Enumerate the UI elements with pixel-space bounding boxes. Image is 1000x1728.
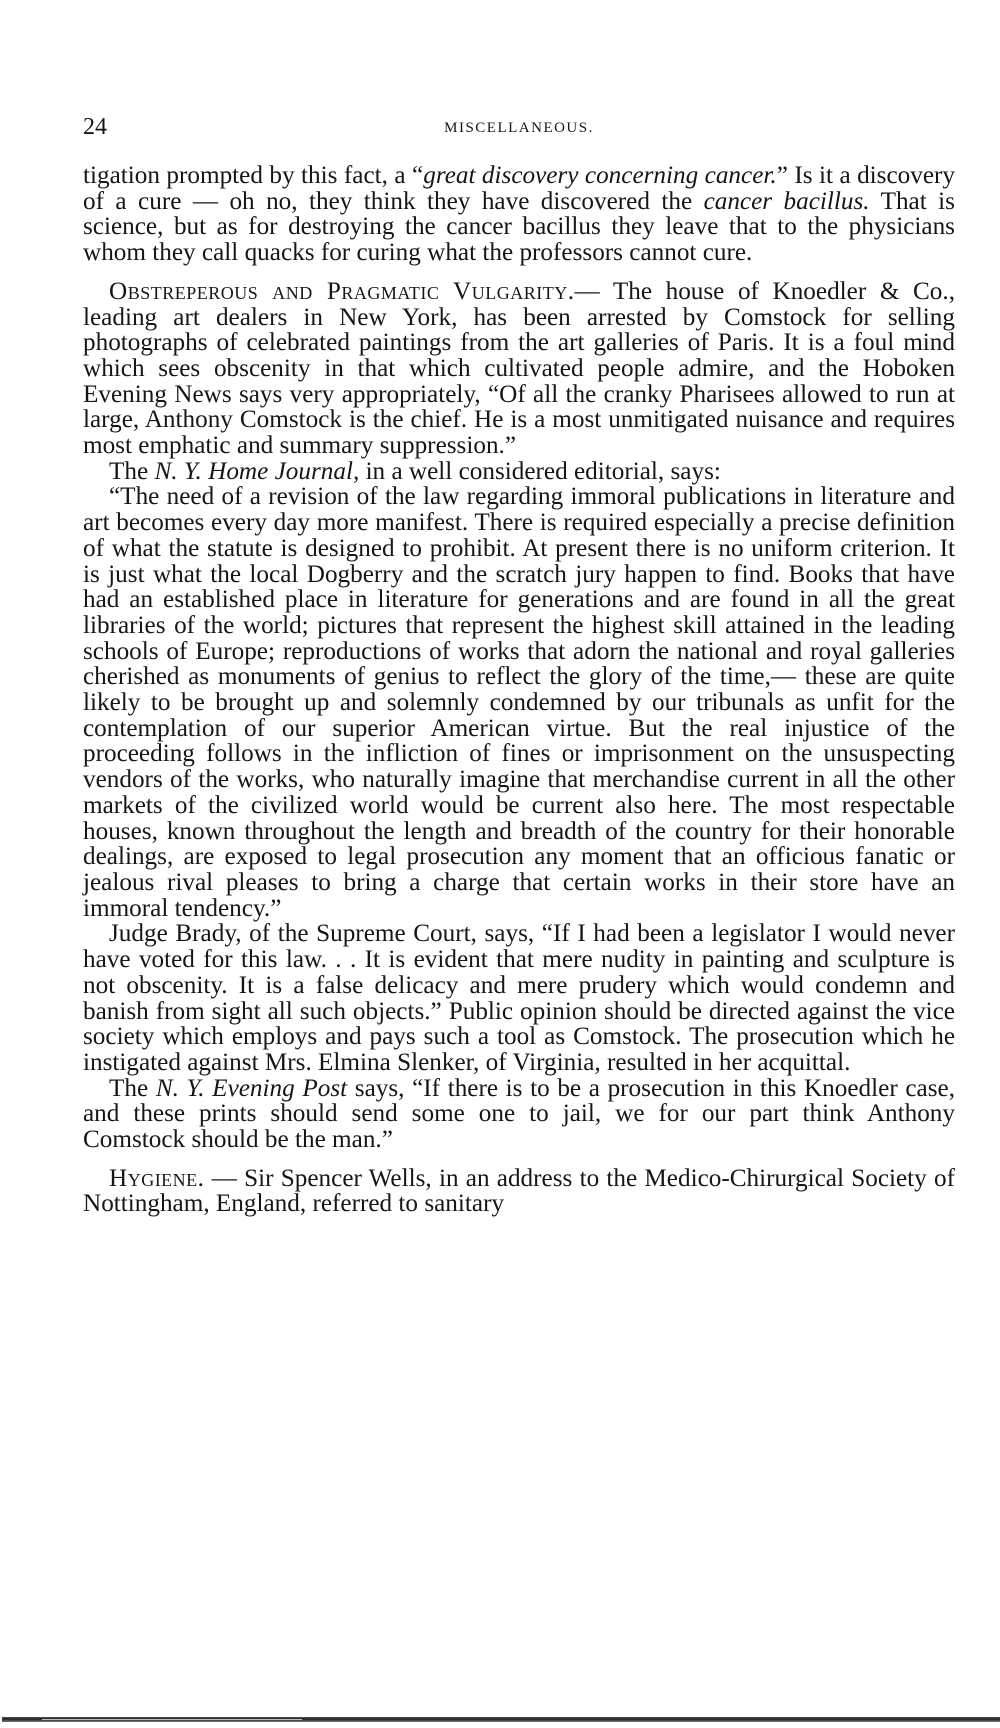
paragraph-judge-brady: Judge Brady, of the Supreme Court, says,…: [83, 921, 955, 1075]
paragraph-home-journal-intro: The N. Y. Home Journal, in a well consid…: [83, 459, 955, 485]
paragraph-hygiene: Hygiene. — Sir Spencer Wells, in an addr…: [83, 1166, 955, 1217]
section-heading: Hygiene.: [109, 1165, 204, 1192]
publication-name: N. Y. Evening Post: [156, 1075, 347, 1102]
body-text: tigation prompted by this fact, a “great…: [83, 163, 955, 1217]
running-title: MISCELLANEOUS.: [83, 116, 955, 140]
paragraph-vulgarity: Obstreperous and Pragmatic Vulgarity.— T…: [83, 279, 955, 459]
paragraph-evening-post: The N. Y. Evening Post says, “If there i…: [83, 1076, 955, 1153]
italic-phrase: cancer bacillus.: [704, 188, 870, 215]
running-head: 24 MISCELLANEOUS.: [83, 112, 955, 142]
section-heading: Obstreperous and Pragmatic Vulgarity.: [109, 278, 575, 305]
document-page: 24 MISCELLANEOUS. tigation prompted by t…: [0, 0, 1000, 1728]
scan-edge-rule: [2, 1717, 1000, 1722]
publication-name: N. Y. Home Journal,: [154, 458, 359, 485]
italic-phrase: great discovery concerning cancer.: [423, 162, 776, 189]
paragraph-home-journal-quote: “The need of a revision of the law regar…: [83, 484, 955, 921]
paragraph-cancer-continuation: tigation prompted by this fact, a “great…: [83, 163, 955, 266]
